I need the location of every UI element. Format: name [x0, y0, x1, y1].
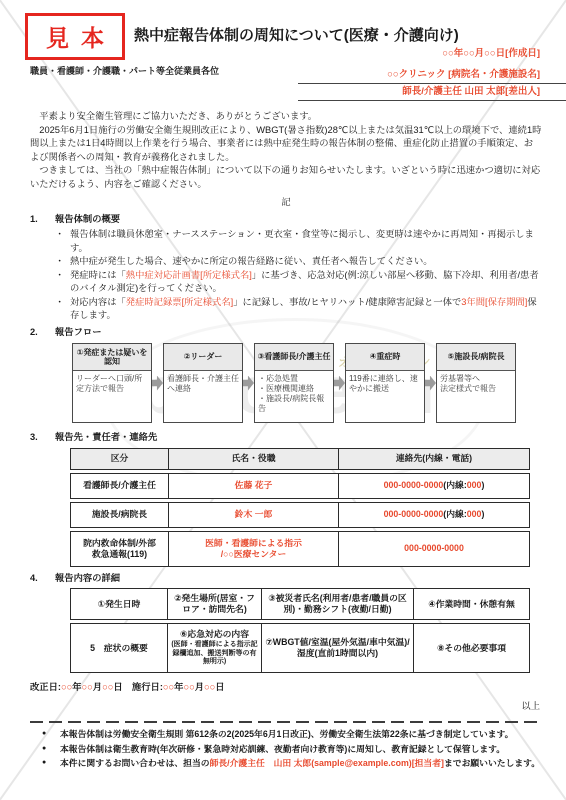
section-2-heading: 2. 報告フロー	[30, 326, 542, 340]
detail-item: ①発生日時	[71, 589, 167, 619]
footnotes-block: ● 本報告体制は労働安全衛生規則 第612条の2(2025年6月1日改正)、労働…	[30, 728, 542, 770]
detail-item-sub: (医師・看護師による指示記録欄追加、搬送判断等の有無明示)	[171, 641, 258, 667]
sender-organization: ○○クリニック [病院名・介護施設名]	[298, 67, 566, 84]
intro-paragraph: 平素より安全衛生管理にご協力いただき、ありがとうございます。	[30, 110, 542, 124]
flow-step-1: ①発症または疑いを認知 リーダーへ口頭/所定方法で報告	[72, 343, 152, 423]
table-header-row: 区分 氏名・役職 連絡先(内線・電話)	[70, 448, 530, 470]
detail-item: ④作業時間・休憩有無	[413, 589, 529, 619]
list-item: ・ 対応内容は「発症時記録票[所定様式名]」に記録し、事故/ヒヤリハット/健康障…	[55, 296, 542, 323]
bullet-text: 対応内容は「発症時記録票[所定様式名]」に記録し、事故/ヒヤリハット/健康障害記…	[70, 296, 542, 323]
detail-item: ⑦WBGT値/室温(屋外気温/車中気温)/湿度(直前1時間以内)	[261, 624, 413, 672]
footnote-item: ● 本件に関するお問い合わせは、担当の師長/介護主任 山田 太郎(sample@…	[30, 757, 542, 770]
closing-marker: 以上	[30, 700, 542, 714]
table-row: ①発生日時 ②発生場所(居室・フロア・訪問先名) ③被災者氏名(利用者/患者/職…	[70, 588, 530, 620]
row-label: 院内救命体制/外部 救急通報(119)	[71, 532, 168, 566]
flow-step-body: 119番に連絡し、速やかに搬送	[346, 371, 424, 422]
footnote-item: ● 本報告体制は労働安全衛生規則 第612条の2(2025年6月1日改正)、労働…	[30, 728, 542, 741]
sample-stamp: 見本	[25, 13, 125, 60]
detail-item: ②発生場所(居室・フロア・訪問先名)	[167, 589, 261, 619]
section-number: 1.	[30, 213, 55, 227]
flow-step-title: ④重症時	[346, 344, 424, 371]
bullet-text: 熱中症が発生した場合、速やかに所定の報告経路に従い、責任者へ報告してください。	[70, 255, 542, 269]
report-details-table: ①発生日時 ②発生場所(居室・フロア・訪問先名) ③被災者氏名(利用者/患者/職…	[70, 588, 530, 673]
footnote-text: 本報告体制は衛生教育時(年次研修・緊急時対応訓練、夜勤者向け教育等)に周知し、教…	[60, 743, 542, 756]
table-row: 院内救命体制/外部 救急通報(119) 医師・看護師による指示 /○○医療センタ…	[70, 531, 530, 567]
contacts-table: 区分 氏名・役職 連絡先(内線・電話) 看護師長/介護主任 佐藤 花子 000-…	[70, 448, 530, 567]
person-name: 医師・看護師による指示 /○○医療センター	[168, 532, 338, 566]
revision-date-line: 改正日:○○年○○月○○日 施行日:○○年○○月○○日	[30, 681, 542, 695]
bullet-text: 発症時には「熱中症対応計画書[所定様式名]」に基づき、応急対応(例:涼しい部屋へ…	[70, 269, 542, 296]
flow-step-title: ⑤施設長/病院長	[437, 344, 515, 371]
detail-item: ⑥応急対応の内容 (医師・看護師による指示記録欄追加、搬送判断等の有無明示)	[167, 624, 261, 672]
sender-block: ○○クリニック [病院名・介護施設名] 師長/介護主任 山田 太郎[差出人]	[298, 67, 566, 101]
section-title: 報告先・責任者・連絡先	[55, 431, 157, 445]
arrow-right-icon	[243, 376, 254, 391]
flow-step-title: ③看護師長/介護主任	[255, 344, 333, 371]
arrow-right-icon	[425, 376, 436, 391]
section-3-heading: 3. 報告先・責任者・連絡先	[30, 431, 542, 445]
recipients-line: 職員・看護師・介護職・パート等全従業員各位	[30, 64, 219, 77]
bullet-icon: ・	[55, 296, 70, 323]
column-header: 氏名・役職	[168, 449, 338, 469]
section-number: 4.	[30, 572, 55, 586]
flow-step-body: リーダーへ口頭/所定方法で報告	[73, 371, 151, 422]
intro-paragraph: 2025年6月1日施行の労働安全衛生規則改正により、WBGT(暑さ指数)28℃以…	[30, 124, 542, 165]
flow-step-body: 労基署等へ 法定様式で報告	[437, 371, 515, 422]
intro-paragraph: つきましては、当社の「熱中症報告体制」について以下の通りお知らせいたします。いざ…	[30, 164, 542, 191]
section-number: 2.	[30, 326, 55, 340]
flow-step-3: ③看護師長/介護主任 ・応急処置 ・医療機関連絡 ・施設長/病院長報告	[254, 343, 334, 423]
bullet-dot-icon: ●	[30, 728, 60, 741]
creation-date: ○○年○○月○○日[作成日]	[442, 45, 540, 59]
bullet-dot-icon: ●	[30, 757, 60, 770]
list-item: ・ 報告体制は職員休憩室・ナースステーション・更衣室・食堂等に掲示し、変更時は速…	[55, 228, 542, 255]
flow-step-4: ④重症時 119番に連絡し、速やかに搬送	[345, 343, 425, 423]
bullet-icon: ・	[55, 269, 70, 296]
document-body: 平素より安全衛生管理にご協力いただき、ありがとうございます。 2025年6月1日…	[30, 110, 542, 770]
detail-item: 5 症状の概要	[71, 624, 167, 672]
section-1-heading: 1. 報告体制の概要	[30, 213, 542, 227]
dashed-divider	[30, 721, 542, 723]
footnote-text: 本報告体制は労働安全衛生規則 第612条の2(2025年6月1日改正)、労働安全…	[60, 728, 542, 741]
person-name: 鈴木 一郎	[168, 503, 338, 527]
flow-step-title: ②リーダー	[164, 344, 242, 371]
contact-number: 000-0000-0000(内線:000)	[338, 474, 529, 498]
section-title: 報告フロー	[55, 326, 102, 340]
section-title: 報告内容の詳細	[55, 572, 120, 586]
table-row: 5 症状の概要 ⑥応急対応の内容 (医師・看護師による指示記録欄追加、搬送判断等…	[70, 623, 530, 673]
column-header: 連絡先(内線・電話)	[338, 449, 529, 469]
detail-item: ⑧その他必要事項	[413, 624, 529, 672]
footnote-text: 本件に関するお問い合わせは、担当の師長/介護主任 山田 太郎(sample@ex…	[60, 757, 542, 770]
table-row: 看護師長/介護主任 佐藤 花子 000-0000-0000(内線:000)	[70, 473, 530, 499]
flow-step-5: ⑤施設長/病院長 労基署等へ 法定様式で報告	[436, 343, 516, 423]
sender-person: 師長/介護主任 山田 太郎[差出人]	[298, 84, 566, 101]
sample-stamp-label: 見本	[34, 20, 116, 53]
ki-marker: 記	[30, 196, 542, 210]
contact-number: 000-0000-0000(内線:000)	[338, 503, 529, 527]
bullet-icon: ・	[55, 255, 70, 269]
arrow-right-icon	[334, 376, 345, 391]
column-header: 区分	[71, 449, 168, 469]
section-number: 3.	[30, 431, 55, 445]
bullet-dot-icon: ●	[30, 743, 60, 756]
page-title: 熱中症報告体制の周知について(医療・介護向け)	[134, 24, 459, 45]
flow-step-body: ・応急処置 ・医療機関連絡 ・施設長/病院長報告	[255, 371, 333, 422]
document-page: ビズオーシャン bizocean 見本 熱中症報告体制の周知について(医療・介護…	[0, 0, 566, 800]
row-label: 看護師長/介護主任	[71, 474, 168, 498]
arrow-right-icon	[152, 376, 163, 391]
detail-item: ③被災者氏名(利用者/患者/職員の区別)・勤務シフト(夜勤/日勤)	[261, 589, 413, 619]
section-4-heading: 4. 報告内容の詳細	[30, 572, 542, 586]
list-item: ・ 熱中症が発生した場合、速やかに所定の報告経路に従い、責任者へ報告してください…	[55, 255, 542, 269]
report-flow-chart: ①発症または疑いを認知 リーダーへ口頭/所定方法で報告 ②リーダー 看護師長・介…	[72, 343, 542, 423]
bullet-text: 報告体制は職員休憩室・ナースステーション・更衣室・食堂等に掲示し、変更時は速やか…	[70, 228, 542, 255]
contact-number: 000-0000-0000	[338, 532, 529, 566]
person-name: 佐藤 花子	[168, 474, 338, 498]
table-row: 施設長/病院長 鈴木 一郎 000-0000-0000(内線:000)	[70, 502, 530, 528]
flow-step-title: ①発症または疑いを認知	[73, 344, 151, 371]
flow-step-body: 看護師長・介護主任へ連絡	[164, 371, 242, 422]
list-item: ・ 発症時には「熱中症対応計画書[所定様式名]」に基づき、応急対応(例:涼しい部…	[55, 269, 542, 296]
detail-item-main: ⑥応急対応の内容	[180, 629, 249, 640]
row-label: 施設長/病院長	[71, 503, 168, 527]
bullet-icon: ・	[55, 228, 70, 255]
flow-step-2: ②リーダー 看護師長・介護主任へ連絡	[163, 343, 243, 423]
section-title: 報告体制の概要	[55, 213, 120, 227]
footnote-item: ● 本報告体制は衛生教育時(年次研修・緊急時対応訓練、夜勤者向け教育等)に周知し…	[30, 743, 542, 756]
